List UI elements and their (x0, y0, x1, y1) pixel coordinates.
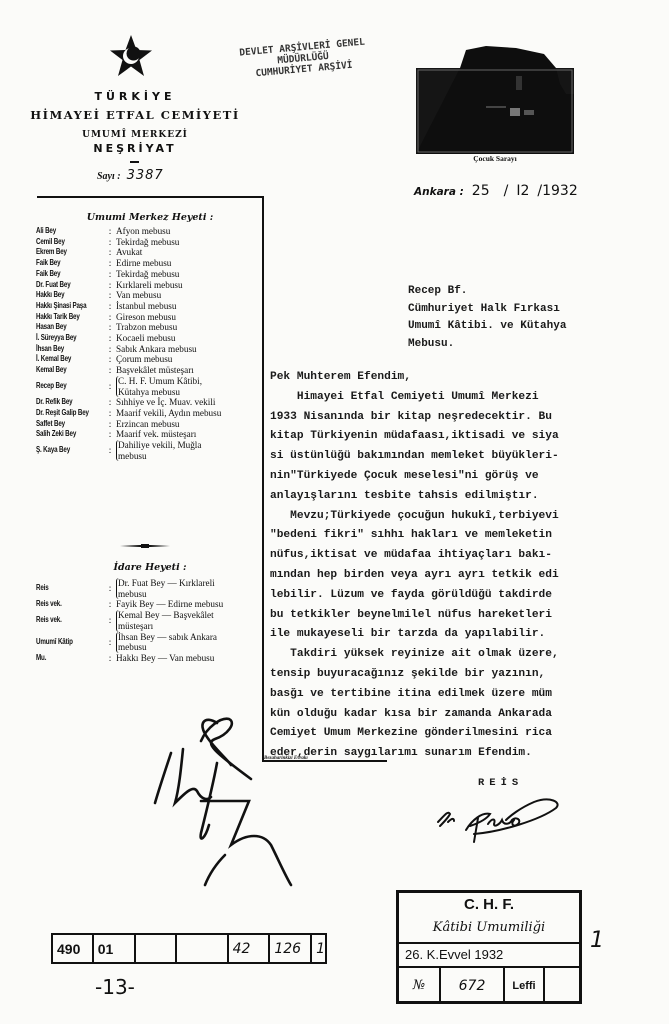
ref-cell: 42 (229, 935, 271, 962)
chf-stamp-subheader: Kâtibi Umumiliği (399, 916, 579, 944)
text-line: nüfus,iktisat ve müdafaa ihtiyaçları bak… (270, 546, 665, 566)
member-role: C. H. F. Umum Kâtibi,Kütahya mebusu (116, 376, 262, 397)
member-role: Hakkı Bey — Van mebusu (116, 653, 262, 664)
date-year: /1932 (537, 183, 577, 199)
member-name: Umumî Kâtip (36, 632, 89, 653)
letter-body: Pek Muhterem Efendim, Himayei Etfal Cemi… (270, 368, 665, 764)
member-name: Hakkı Tarik Bey (36, 312, 89, 323)
chf-stamp-no-label: № (399, 968, 441, 1003)
member-row: Mu.:Hakkı Bey — Van mebusu (36, 653, 262, 664)
ornament-divider (141, 544, 149, 548)
text-line: Umumî Kâtibi. ve Kütahya (408, 318, 566, 336)
text-line: ile mukayeseli bir tarzda da yapılabilir… (270, 625, 665, 645)
member-role: Kocaeli mebusu (116, 333, 262, 344)
text-line: Mevzu;Türkiyede çocuğun hukukî,terbiyevi (270, 507, 665, 527)
member-role: Maarif vekili, Aydın mebusu (116, 408, 262, 419)
text-line: "bedeni fikri" sıhhı hakları ve memleket… (270, 526, 665, 546)
ref-cell: 1 (312, 935, 325, 962)
member-role: İstanbul mebusu (116, 301, 262, 312)
member-colon: : (104, 578, 116, 599)
frame-border (37, 196, 263, 198)
text-line: mından hep birden veya ayrı ayrı tetkik … (270, 566, 665, 586)
member-role: Dr. Fuat Bey — Kırklarelimebusu (116, 578, 262, 599)
text-line: kitap Türkiyenin müdafaası,iktisadi ve s… (270, 427, 665, 447)
member-role: Maarif vek. müsteşarı (116, 429, 262, 440)
member-role: Kemal Bey — Başvekâletmüsteşarı (116, 610, 262, 631)
childrens-palace-photo (416, 44, 574, 154)
document-number-value: 3387 (127, 168, 164, 183)
member-colon: : (104, 365, 116, 376)
handwritten-annotation (135, 705, 315, 890)
letterhead-country: TÜRKİYE (20, 90, 250, 103)
text-line: eder,derin saygılarımı sunarım Efendim. (270, 744, 665, 764)
text-line: basğı ve tertibine itina edilmek üzere m… (270, 685, 665, 705)
member-name: Ş. Kaya Bey (36, 440, 89, 461)
text-line: 1933 Nisanında bir kitap neşredecektir. … (270, 408, 665, 428)
ref-cell: 126 (270, 935, 312, 962)
date-month: I2 (516, 183, 529, 199)
member-role: Afyon mebusu (116, 226, 262, 237)
management-committee-list: Reis:Dr. Fuat Bey — KırklarelimebusuReis… (36, 578, 262, 664)
member-row: Hasan Bey:Trabzon mebusu (36, 322, 262, 333)
text-line: si üstünlüğü bakımından memleket büyükle… (270, 447, 665, 467)
member-name: Reis vek. (36, 610, 89, 631)
member-colon: : (104, 290, 116, 301)
member-colon: : (104, 258, 116, 269)
member-role: Avukat (116, 247, 262, 258)
member-colon: : (104, 344, 116, 355)
member-role: Kırklareli mebusu (116, 280, 262, 291)
member-role: Başvekâlet müsteşarı (116, 365, 262, 376)
member-row: Recep Bey:C. H. F. Umum Kâtibi,Kütahya m… (36, 376, 262, 397)
member-colon: : (104, 429, 116, 440)
member-name: İ. Süreyya Bey (36, 333, 89, 344)
text-line: anlayışlarını tesbite tahsis edilmiştır. (270, 487, 665, 507)
text-line: kün olduğu kadar kısa bir zamanda Ankara… (270, 705, 665, 725)
chf-stamp-header: C. H. F. (399, 893, 579, 916)
member-colon: : (104, 247, 116, 258)
member-colon: : (104, 226, 116, 237)
member-row: Reis:Dr. Fuat Bey — Kırklarelimebusu (36, 578, 262, 599)
member-colon: : (104, 333, 116, 344)
chf-stamp-attachment-label: Leffi (505, 968, 545, 1003)
member-row: Ekrem Bey:Avukat (36, 247, 262, 258)
star-crescent-icon (108, 34, 154, 78)
text-line: Cümhuriyet Halk Fırkası (408, 301, 566, 319)
member-name: Dr. Refik Bey (36, 397, 89, 408)
member-name: Mu. (36, 653, 89, 664)
member-row: Salih Zeki Bey:Maarif vek. müsteşarı (36, 429, 262, 440)
text-line: Mebusu. (408, 336, 566, 354)
date-day: 25 (472, 183, 490, 199)
ref-cell: 490 (53, 935, 94, 962)
chf-stamp-number-row: № 672 Leffi (399, 968, 579, 1003)
member-role: Sıhhiye ve İç. Muav. vekili (116, 397, 262, 408)
member-role: Edirne mebusu (116, 258, 262, 269)
member-row: İhsan Bey:Sabık Ankara mebusu (36, 344, 262, 355)
member-colon: : (104, 408, 116, 419)
member-row: Umumî Kâtip:İhsan Bey — sabık Ankaramebu… (36, 632, 262, 653)
member-row: Hakkı Şinasi Paşa:İstanbul mebusu (36, 301, 262, 312)
text-line: Takdiri yüksek reyinize ait olmak üzere, (270, 645, 665, 665)
member-row: Dr. Refik Bey:Sıhhiye ve İç. Muav. vekil… (36, 397, 262, 408)
text-line: Himayei Etfal Cemiyeti Umumî Merkezi (270, 388, 665, 408)
central-committee-list: Ali Bey:Afyon mebusuCemil Bey:Tekirdağ m… (36, 226, 262, 461)
letterhead-organization: HİMAYEİ ETFAL CEMİYETİ (20, 108, 250, 122)
text-line: nin"Türkiyede Çocuk meselesi"ni görüş ve (270, 467, 665, 487)
member-name: Recep Bey (36, 376, 89, 397)
member-row: Kemal Bey:Başvekâlet müsteşarı (36, 365, 262, 376)
member-row: İ. Süreyya Bey:Kocaeli mebusu (36, 333, 262, 344)
chf-stamp-attachment-value (545, 968, 579, 1003)
member-role: Gireson mebusu (116, 312, 262, 323)
member-name: Reis (36, 578, 89, 599)
member-colon: : (104, 312, 116, 323)
member-row: Saffet Bey:Erzincan mebusu (36, 419, 262, 430)
member-colon: : (104, 354, 116, 365)
member-row: Hakkı Tarik Bey:Gireson mebusu (36, 312, 262, 323)
document-number-label: Sayı : (97, 171, 121, 182)
letterhead-department: UMUMÎ MERKEZİ (20, 130, 250, 140)
member-row: Reis vek.:Fayik Bey — Edirne mebusu (36, 599, 262, 610)
member-name: Ekrem Bey (36, 247, 89, 258)
text-line: tensip buyuracağınız şekilde bir yazının… (270, 665, 665, 685)
member-colon: : (104, 610, 116, 631)
member-name: Reis vek. (36, 599, 89, 610)
member-role: Trabzon mebusu (116, 322, 262, 333)
member-colon: : (104, 419, 116, 430)
member-name: Hakkı Bey (36, 290, 89, 301)
margin-mark: 1 (590, 928, 604, 953)
ref-cell (136, 935, 177, 962)
letterhead-office: NEŞRİYAT (20, 142, 250, 155)
member-role: Erzincan mebusu (116, 419, 262, 430)
city-date: Ankara :25/I2/1932 (414, 183, 578, 199)
member-name: Dr. Fuat Bey (36, 280, 89, 291)
member-row: Hakkı Bey:Van mebusu (36, 290, 262, 301)
city-label: Ankara : (414, 186, 464, 198)
member-name: İ. Kemal Bey (36, 354, 89, 365)
member-row: Reis vek.:Kemal Bey — Başvekâletmüsteşar… (36, 610, 262, 631)
member-name: Ali Bey (36, 226, 89, 237)
text-line: Cemiyet Umum Merkezine gönderilmesini ri… (270, 724, 665, 744)
member-row: Ali Bey:Afyon mebusu (36, 226, 262, 237)
frame-border (262, 196, 264, 762)
management-committee-title: İdare Heyeti : (37, 562, 263, 573)
member-role: Fayik Bey — Edirne mebusu (116, 599, 262, 610)
member-colon: : (104, 599, 116, 610)
member-name: Cemil Bey (36, 237, 89, 248)
member-name: Faik Bey (36, 258, 89, 269)
member-row: Faik Bey:Edirne mebusu (36, 258, 262, 269)
member-name: Saffet Bey (36, 419, 89, 430)
member-role: Çorum mebusu (116, 354, 262, 365)
text-line: Recep Bf. (408, 283, 566, 301)
member-row: Dr. Fuat Bey:Kırklareli mebusu (36, 280, 262, 291)
member-name: Dr. Reşit Galip Bey (36, 408, 89, 419)
member-colon: : (104, 440, 116, 461)
member-colon: : (104, 280, 116, 291)
chf-stamp-no-value: 672 (441, 968, 505, 1003)
member-role: İhsan Bey — sabık Ankaramebusu (116, 632, 262, 653)
member-row: Cemil Bey:Tekirdağ mebusu (36, 237, 262, 248)
member-row: Dr. Reşit Galip Bey:Maarif vekili, Aydın… (36, 408, 262, 419)
member-colon: : (104, 376, 116, 397)
ref-cell (177, 935, 228, 962)
central-committee-title: Umumi Merkez Heyeti : (37, 212, 263, 223)
member-name: Salih Zeki Bey (36, 429, 89, 440)
member-colon: : (104, 653, 116, 664)
member-name: Kemal Bey (36, 365, 89, 376)
member-role: Tekirdağ mebusu (116, 269, 262, 280)
archive-reference-table: 490 01 42 126 1 (51, 933, 327, 964)
member-role: Tekirdağ mebusu (116, 237, 262, 248)
member-colon: : (104, 322, 116, 333)
member-row: İ. Kemal Bey:Çorum mebusu (36, 354, 262, 365)
member-row: Faik Bey:Tekirdağ mebusu (36, 269, 262, 280)
member-colon: : (104, 397, 116, 408)
member-role: Dahiliye vekili, Muğlamebusu (116, 440, 262, 461)
letterhead-divider (130, 161, 139, 163)
document-number: Sayı :3387 (97, 168, 164, 183)
photo-caption: Çocuk Sarayı (416, 154, 574, 163)
member-row: Ş. Kaya Bey:Dahiliye vekili, Muğlamebusu (36, 440, 262, 461)
text-line: lebilir. Lüzum ve fayda görüldüğü takdir… (270, 586, 665, 606)
member-name: Hasan Bey (36, 322, 89, 333)
member-colon: : (104, 632, 116, 653)
ref-cell: 01 (94, 935, 137, 962)
member-role: Van mebusu (116, 290, 262, 301)
chf-stamp-date: 26. K.Evvel 1932 (399, 944, 579, 968)
recipient-block: Recep Bf.Cümhuriyet Halk FırkasıUmumî Kâ… (408, 283, 566, 353)
member-colon: : (104, 237, 116, 248)
member-name: İhsan Bey (36, 344, 89, 355)
member-name: Faik Bey (36, 269, 89, 280)
text-line: Pek Muhterem Efendim, (270, 368, 665, 388)
reis-signature: Dr. Fuat (430, 790, 580, 850)
signature-title: REİS (478, 777, 523, 789)
member-role: Sabık Ankara mebusu (116, 344, 262, 355)
chf-registry-stamp: C. H. F. Kâtibi Umumiliği 26. K.Evvel 19… (396, 890, 582, 1004)
member-colon: : (104, 269, 116, 280)
member-colon: : (104, 301, 116, 312)
archive-stamp: DEVLET ARŞİVLERİ GENEL MÜDÜRLÜĞÜ CUMHURİ… (212, 34, 394, 83)
page-number: -13- (95, 975, 135, 999)
text-line: bu tetkikler beynelmilel nüfus hareketle… (270, 606, 665, 626)
member-name: Hakkı Şinasi Paşa (36, 301, 89, 312)
